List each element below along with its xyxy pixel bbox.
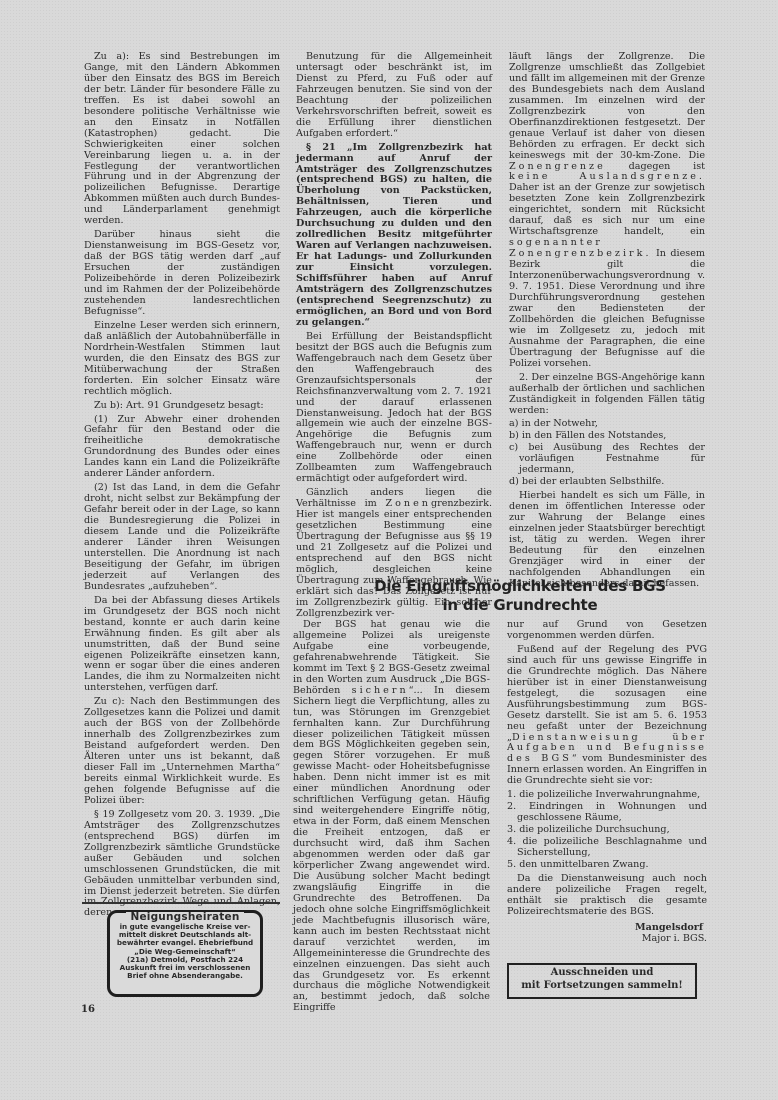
text: In diesem Bezirk gilt die Interzonenüber…: [509, 248, 705, 369]
section2-column-3: nur auf Grund von Gesetzen vorgenommen w…: [507, 620, 707, 944]
paragraph: Fußend auf der Regelung des PVG sind auc…: [507, 645, 707, 787]
paragraph: Zu a): Es sind Bestrebungen im Gange, mi…: [84, 52, 280, 227]
paragraph: (2) Ist das Land, in dem die Gefahr droh…: [84, 483, 280, 593]
paragraph: Bei Erfüllung der Beistandspflicht besit…: [296, 332, 492, 485]
section2-column-2: Der BGS hat genau wie die allgemeine Pol…: [293, 620, 490, 1017]
paragraph: Da die Dienstanweisung auch noch andere …: [507, 874, 707, 918]
text: “... In diesem Sichern liegt die Verpfli…: [293, 685, 490, 1014]
author-name: Mangelsdorf: [507, 922, 707, 933]
text: läuft längs der Zollgrenze. Die Zollgren…: [509, 51, 705, 161]
cutout-notice-box: Ausschneiden und mit Fortsetzungen samme…: [507, 963, 697, 999]
interventions-list: 1. die polizeiliche Inverwahrungnahme, 2…: [507, 790, 707, 871]
text: dagegen ist: [606, 161, 705, 172]
paragraph-bold: § 21 „Im Zollgrenzbezirk hat jedermann a…: [296, 143, 492, 329]
magazine-page: Zu a): Es sind Bestrebungen im Gange, mi…: [0, 0, 778, 1100]
list-item: c) bei Ausübung des Rechtes der vorläufi…: [509, 443, 705, 476]
column-1: Zu a): Es sind Bestrebungen im Gange, mi…: [84, 52, 280, 922]
page-number: 16: [81, 1004, 95, 1015]
paragraph: 2. Der einzelne BGS-Angehörige kann auße…: [509, 373, 705, 417]
spaced-text: sichern: [352, 685, 409, 696]
spaced-text: Zonengrenze: [509, 161, 606, 172]
column-2: Benutzung für die Allgemeinheit untersag…: [296, 52, 492, 623]
paragraph: Benutzung für die Allgemeinheit untersag…: [296, 52, 492, 140]
text: Fußend auf der Regelung des PVG sind auc…: [507, 644, 707, 743]
paragraph: Hierbei handelt es sich um Fälle, in den…: [509, 491, 705, 590]
author-rank: Major i. BGS.: [642, 933, 707, 944]
divider-rule: [82, 902, 280, 904]
text: Daher ist an der Grenze zur sowjetisch b…: [509, 182, 705, 237]
ad-line: Brief ohne Absenderangabe.: [110, 972, 260, 980]
paragraph: (1) Zur Abwehr einer drohenden Gefahr fü…: [84, 415, 280, 481]
paragraph: läuft längs der Zollgrenze. Die Zollgren…: [509, 52, 705, 370]
paragraph: Da bei der Abfassung dieses Artikels im …: [84, 596, 280, 695]
paragraph: Der BGS hat genau wie die allgemeine Pol…: [293, 620, 490, 1014]
list-item: 4. die polizeiliche Beschlagnahme und Si…: [507, 837, 707, 859]
list-item: 2. Eindringen in Wohnungen und geschloss…: [507, 802, 707, 824]
paragraph: Zu b): Art. 91 Grundgesetz besagt:: [84, 401, 280, 412]
cutout-line-2: mit Fortsetzungen sammeln!: [509, 980, 695, 993]
paragraph: nur auf Grund von Gesetzen vorgenommen w…: [507, 620, 707, 642]
heading-line-2: in die Grundrechte: [370, 596, 670, 615]
list-item: a) in der Notwehr,: [509, 419, 705, 430]
heading-line-1: Die Eingriffsmöglichkeiten des BGS: [370, 577, 670, 596]
spaced-text: Zonen: [385, 498, 430, 509]
cases-list: a) in der Notwehr, b) in den Fällen des …: [509, 419, 705, 488]
section-heading: Die Eingriffsmöglichkeiten des BGS in di…: [370, 577, 670, 615]
paragraph: Zu c): Nach den Bestimmungen des Zollges…: [84, 697, 280, 807]
cutout-line-1: Ausschneiden und: [509, 967, 695, 980]
list-item: d) bei der erlaubten Selbsthilfe.: [509, 477, 705, 488]
author-signature: Mangelsdorf Major i. BGS.: [507, 922, 707, 944]
spaced-text: sogenannter Zonengrenzbezirk.: [509, 237, 652, 259]
spaced-text: keine Auslandsgrenze.: [509, 171, 705, 182]
list-item: 3. die polizeiliche Durchsuchung,: [507, 825, 707, 836]
list-item: 1. die polizeiliche Inverwahrungnahme,: [507, 790, 707, 801]
column-3: läuft längs der Zollgrenze. Die Zollgren…: [509, 52, 705, 593]
paragraph: Darüber hinaus sieht die Dienstanweisung…: [84, 230, 280, 318]
paragraph: Einzelne Leser werden sich erinnern, daß…: [84, 321, 280, 398]
list-item: 5. den unmittelbaren Zwang.: [507, 860, 707, 871]
list-item: b) in den Fällen des Notstandes,: [509, 431, 705, 442]
classified-ad: Neigungsheiraten in gute evangelische Kr…: [107, 910, 263, 997]
